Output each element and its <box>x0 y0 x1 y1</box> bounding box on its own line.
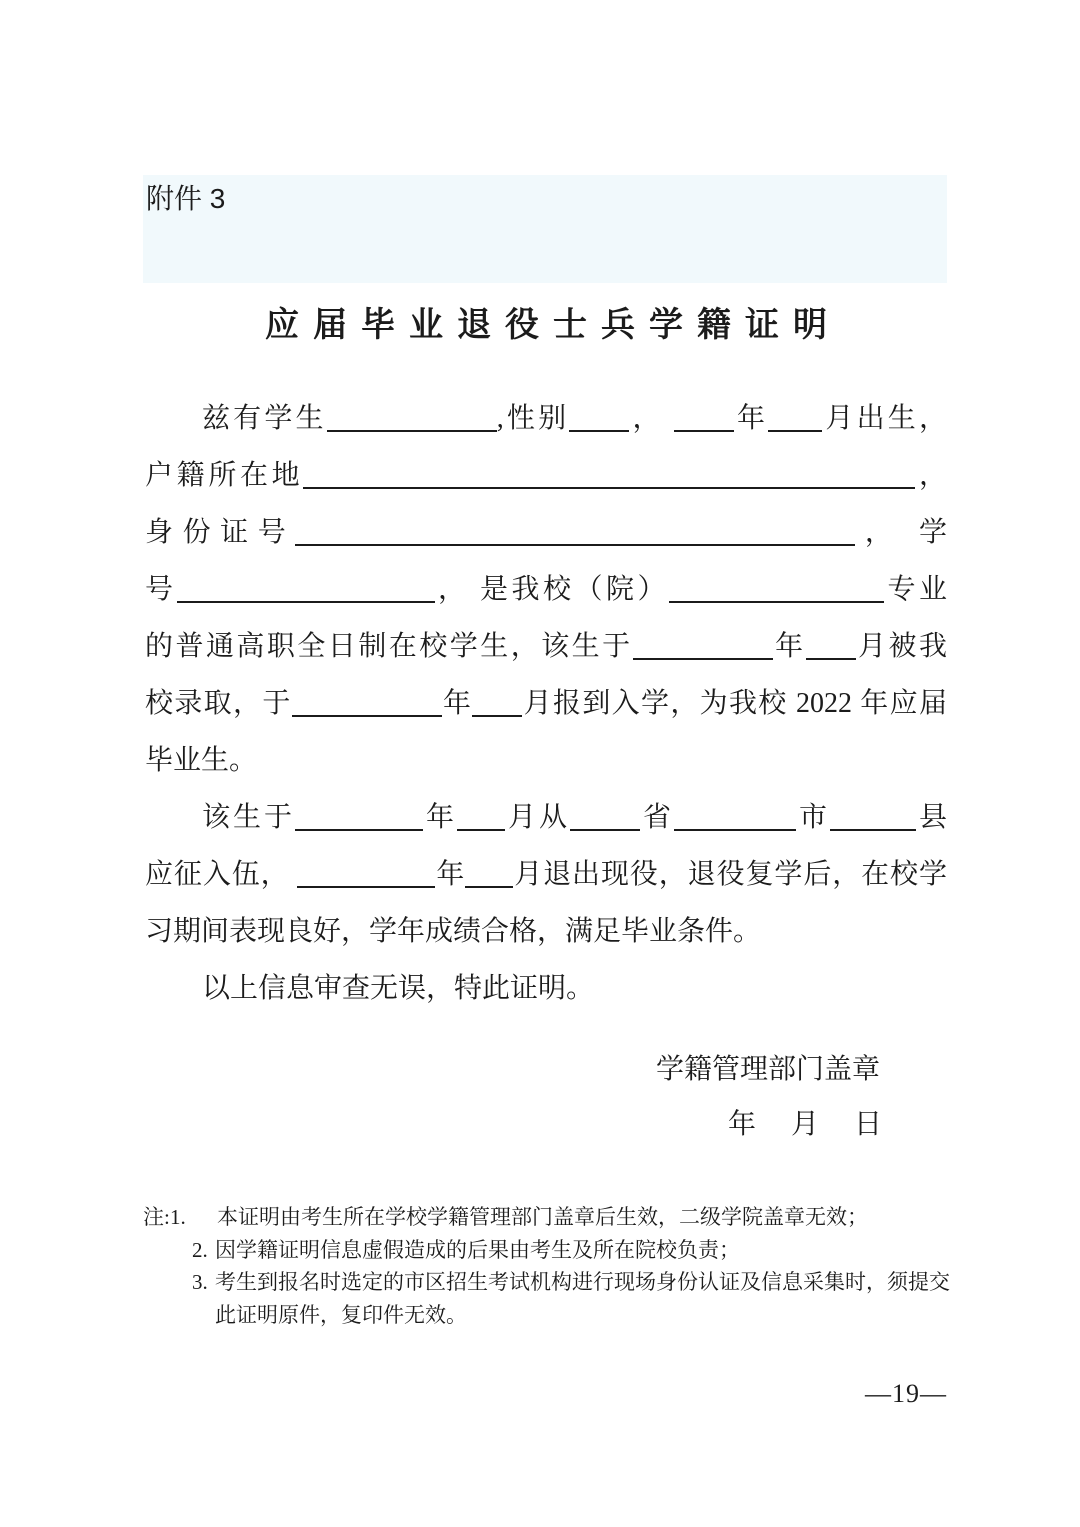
form-text: ， <box>915 460 947 491</box>
notes-label: 注: <box>143 1204 170 1231</box>
form-text: ， <box>629 403 674 434</box>
document-title: 应届毕业退役士兵学籍证明 <box>145 297 947 346</box>
form-text: 的普通高职全日制在校学生，该生于 <box>145 631 633 662</box>
form-text: ,性别 <box>497 403 570 434</box>
form-text: ， 是我校（院） <box>435 574 669 605</box>
blank-underline <box>465 862 513 888</box>
form-text: 月从 <box>505 802 570 833</box>
blank-underline <box>806 634 856 660</box>
form-line: 的普通高职全日制在校学生，该生于年月被我 <box>145 618 947 675</box>
form-text: 该生于 <box>202 802 295 833</box>
form-text: 校录取，于 <box>145 688 292 719</box>
form-text: 毕业生。 <box>145 745 257 776</box>
form-text: 兹有学生 <box>202 403 327 434</box>
form-text: 身份证号 <box>145 517 295 548</box>
form-line: 兹有学生,性别， 年月出生， <box>145 390 947 447</box>
blank-underline <box>472 691 522 717</box>
form-text: 市 <box>796 802 830 833</box>
form-text: 月报到入学，为我校 2022 年应届 <box>522 688 947 719</box>
blank-underline <box>292 691 442 717</box>
blank-underline <box>830 805 916 831</box>
form-line: 该生于年月从省市县 <box>145 789 947 846</box>
date-line: 年 月 日 <box>655 1102 955 1142</box>
blank-underline <box>303 463 915 489</box>
form-line: 应征入伍， 年月退出现役，退役复学后，在校学 <box>145 846 947 903</box>
note-text: 此证明原件，复印件无效。 <box>215 1303 467 1327</box>
form-text: 年 <box>442 688 473 719</box>
form-text: 年 <box>435 859 465 890</box>
form-text: 年 <box>773 631 806 662</box>
blank-underline <box>570 805 640 831</box>
note-number: 2. <box>192 1237 215 1264</box>
blank-underline <box>569 406 629 432</box>
note-text: 因学籍证明信息虚假造成的后果由考生及所在院校负责； <box>215 1238 740 1262</box>
note-number: 3. <box>192 1269 215 1296</box>
form-text: 习期间表现良好，学年成绩合格，满足毕业条件。 <box>145 916 761 947</box>
blank-underline <box>768 406 822 432</box>
form-line: 习期间表现良好，学年成绩合格，满足毕业条件。 <box>145 903 947 960</box>
form-text: 户籍所在地 <box>145 460 303 491</box>
blank-underline <box>177 577 435 603</box>
blank-underline <box>633 634 773 660</box>
form-line: 户籍所在地， <box>145 447 947 504</box>
attachment-highlight-band <box>143 175 947 283</box>
form-text: 应征入伍， <box>145 859 297 890</box>
blank-underline <box>457 805 505 831</box>
blank-underline <box>297 862 435 888</box>
form-text: 月退出现役，退役复学后，在校学 <box>513 859 947 890</box>
blank-underline <box>674 406 734 432</box>
blank-underline <box>295 805 423 831</box>
note-text: 本证明由考生所在学校学籍管理部门盖章后生效，二级学院盖章无效； <box>217 1205 868 1229</box>
form-text: 年 <box>734 403 768 434</box>
certificate-body: 兹有学生,性别， 年月出生，户籍所在地，身份证号， 学号， 是我校（院）专业的普… <box>145 390 947 1017</box>
blank-underline <box>327 406 497 432</box>
note-row: 此证明原件，复印件无效。 <box>143 1302 467 1329</box>
form-text: 月出生， <box>822 403 947 434</box>
form-text: 县 <box>916 802 947 833</box>
form-line: 毕业生。 <box>145 732 947 789</box>
document-page: 附件 3 应届毕业退役士兵学籍证明 兹有学生,性别， 年月出生，户籍所在地，身份… <box>0 0 1080 1527</box>
form-text: 省 <box>640 802 674 833</box>
form-text: 月被我 <box>856 631 947 662</box>
form-text: ， 学 <box>855 517 947 548</box>
form-line: 身份证号， 学 <box>145 504 947 561</box>
form-line: 号， 是我校（院）专业 <box>145 561 947 618</box>
form-text: 年 <box>423 802 457 833</box>
note-row: 注:1.本证明由考生所在学校学籍管理部门盖章后生效，二级学院盖章无效； <box>143 1204 868 1231</box>
note-text: 考生到报名时选定的市区招生考试机构进行现场身份认证及信息采集时，须提交 <box>215 1270 950 1294</box>
note-row: 3.考生到报名时选定的市区招生考试机构进行现场身份认证及信息采集时，须提交 <box>143 1269 950 1296</box>
attachment-label: 附件 3 <box>146 182 225 216</box>
note-row: 2.因学籍证明信息虚假造成的后果由考生及所在院校负责； <box>143 1237 740 1264</box>
blank-underline <box>674 805 796 831</box>
form-line: 以上信息审查无误，特此证明。 <box>145 960 947 1017</box>
stamp-line: 学籍管理部门盖章 <box>603 1047 933 1087</box>
blank-underline <box>669 577 884 603</box>
page-number: —19— <box>780 1379 947 1409</box>
note-number: 1. <box>170 1204 217 1231</box>
blank-underline <box>295 520 855 546</box>
form-line: 校录取，于年月报到入学，为我校 2022 年应届 <box>145 675 947 732</box>
form-text: 号 <box>145 574 177 605</box>
form-text: 以上信息审查无误，特此证明。 <box>202 973 594 1004</box>
form-text: 专业 <box>884 574 947 605</box>
